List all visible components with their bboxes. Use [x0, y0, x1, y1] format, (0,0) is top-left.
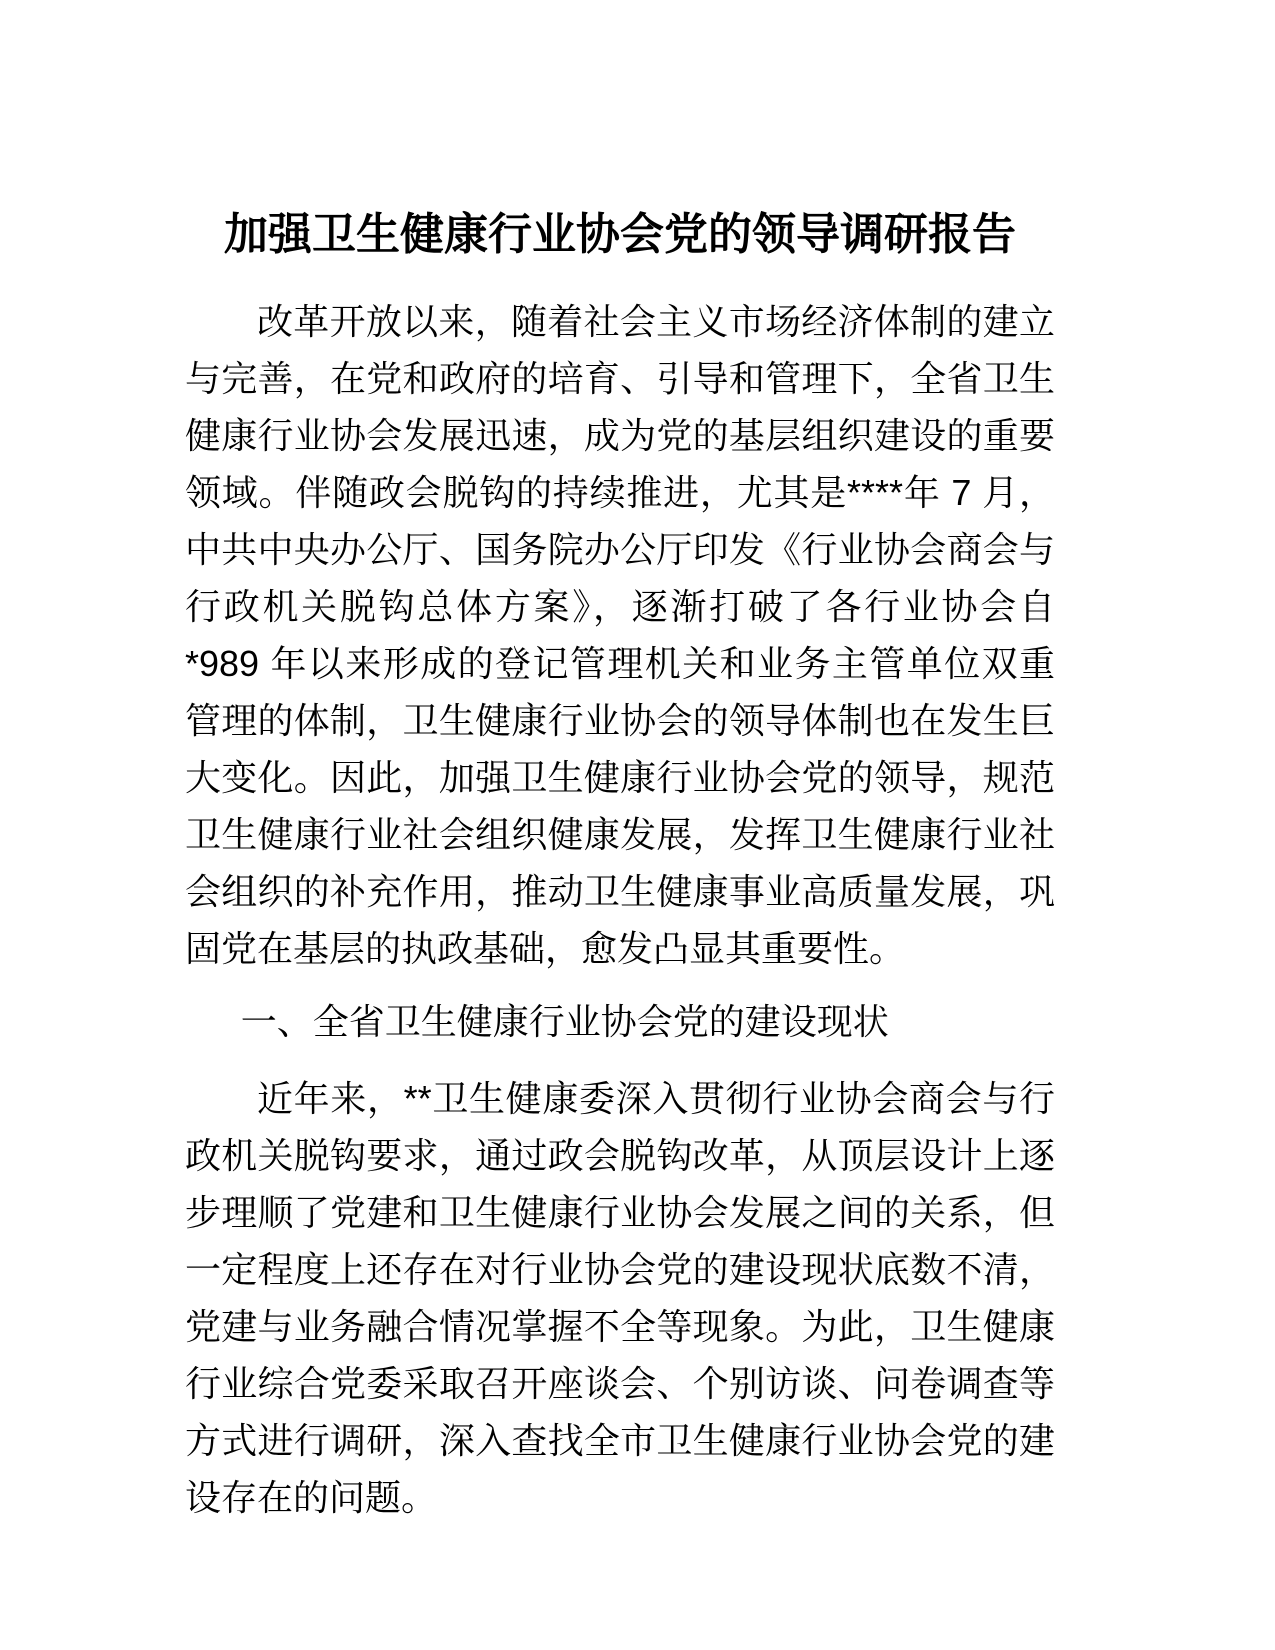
section-heading-1: 一、全省卫生健康行业协会党的建设现状 — [185, 993, 1055, 1050]
paragraph-current-status: 近年来，**卫生健康委深入贯彻行业协会商会与行政机关脱钩要求，通过政会脱钩改革，… — [185, 1070, 1055, 1526]
document-title: 加强卫生健康行业协会党的领导调研报告 — [185, 205, 1055, 265]
document-page: 加强卫生健康行业协会党的领导调研报告 改革开放以来，随着社会主义市场经济体制的建… — [0, 0, 1275, 1650]
paragraph-intro: 改革开放以来，随着社会主义市场经济体制的建立与完善，在党和政府的培育、引导和管理… — [185, 293, 1055, 977]
